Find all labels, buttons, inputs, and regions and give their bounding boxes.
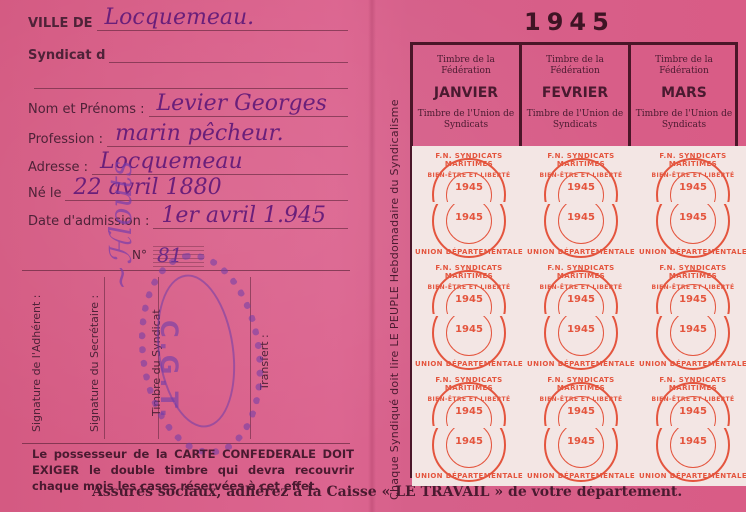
dues-stamp-bottom: 1945UNION DÉPARTEMENTALE (414, 316, 524, 372)
field-profession: Profession : marin pêcheur. (28, 128, 348, 147)
dues-stamp-top: 1945BIEN-ÊTRE ET LIBERTÉF.N. SYNDICATS M… (414, 372, 524, 428)
stamp-union-text: UNION DÉPARTEMENTALE (414, 472, 524, 480)
admission-value: 1er avril 1.945 (161, 204, 326, 228)
stamp-year: 1945 (638, 294, 746, 305)
stamp-motto: BIEN-ÊTRE ET LIBERTÉ (414, 284, 524, 291)
dues-stamp-top: 1945BIEN-ÊTRE ET LIBERTÉF.N. SYNDICATS M… (414, 260, 524, 316)
ville-label: VILLE DE (28, 16, 93, 31)
ville-value: Locquemeau. (105, 6, 255, 30)
stamp-union-text: UNION DÉPARTEMENTALE (526, 248, 636, 256)
month-mars: Timbre de la Fédération MARS Timbre de l… (631, 45, 737, 153)
field-adresse: Adresse : Locquemeau (28, 156, 348, 175)
secretary-signature: ~ℋlouts (104, 161, 139, 290)
stamp-motto: BIEN-ÊTRE ET LIBERTÉ (414, 172, 524, 179)
dues-stamp-top: 1945BIEN-ÊTRE ET LIBERTÉF.N. SYNDICATS M… (526, 148, 636, 204)
syndicat-label: Syndicat d (28, 48, 105, 63)
dues-stamp-bottom: 1945UNION DÉPARTEMENTALE (638, 428, 746, 484)
stamp-year: 1945 (526, 294, 636, 305)
stamp-union-text: UNION DÉPARTEMENTALE (638, 248, 746, 256)
stamp-federation-text: F.N. SYNDICATS MARITIMES (638, 264, 746, 280)
stamp-union-text: UNION DÉPARTEMENTALE (526, 360, 636, 368)
stamp-year: 1945 (638, 212, 746, 223)
profession-value: marin pêcheur. (115, 122, 284, 146)
stamp-year: 1945 (414, 182, 524, 193)
dues-stamp-top: 1945BIEN-ÊTRE ET LIBERTÉF.N. SYNDICATS M… (414, 148, 524, 204)
stamp-motto: BIEN-ÊTRE ET LIBERTÉ (526, 396, 636, 403)
stamp-year: 1945 (414, 324, 524, 335)
dues-stamp-bottom: 1945UNION DÉPARTEMENTALE (414, 428, 524, 484)
field-ville: VILLE DE Locquemeau. (28, 12, 348, 31)
stamp-year: 1945 (638, 182, 746, 193)
profession-label: Profession : (28, 132, 103, 147)
field-syndicat: Syndicat d (28, 44, 348, 63)
stamp-year: 1945 (638, 324, 746, 335)
stamp-year: 1945 (638, 436, 746, 447)
dues-stamp-top: 1945BIEN-ÊTRE ET LIBERTÉF.N. SYNDICATS M… (638, 260, 746, 316)
stamp-year: 1945 (526, 182, 636, 193)
signature-secretaire-label: Signature du Secrétaire : (88, 295, 101, 432)
stamp-year: 1945 (414, 294, 524, 305)
stamp-motto: BIEN-ÊTRE ET LIBERTÉ (638, 284, 746, 291)
dues-stamp-top: 1945BIEN-ÊTRE ET LIBERTÉF.N. SYNDICATS M… (526, 260, 636, 316)
stamp-year: 1945 (526, 324, 636, 335)
dues-stamp-top: 1945BIEN-ÊTRE ET LIBERTÉF.N. SYNDICATS M… (638, 148, 746, 204)
stamp-year: 1945 (526, 212, 636, 223)
stamp-union-text: UNION DÉPARTEMENTALE (414, 360, 524, 368)
month-janvier: Timbre de la Fédération JANVIER Timbre d… (413, 45, 519, 153)
dues-stamp-top: 1945BIEN-ÊTRE ET LIBERTÉF.N. SYNDICATS M… (638, 372, 746, 428)
stamp-year: 1945 (414, 436, 524, 447)
stamp-motto: BIEN-ÊTRE ET LIBERTÉ (638, 172, 746, 179)
stamp-federation-text: F.N. SYNDICATS MARITIMES (414, 152, 524, 168)
stamp-federation-text: F.N. SYNDICATS MARITIMES (414, 264, 524, 280)
month-fevrier: Timbre de la Fédération FEVRIER Timbre d… (522, 45, 628, 153)
stamp-union-text: UNION DÉPARTEMENTALE (638, 472, 746, 480)
dues-stamp-bottom: 1945UNION DÉPARTEMENTALE (638, 316, 746, 372)
stamp-motto: BIEN-ÊTRE ET LIBERTÉ (414, 396, 524, 403)
dues-stamp-bottom: 1945UNION DÉPARTEMENTALE (526, 204, 636, 260)
card-fold (368, 0, 376, 512)
stamp-federation-text: F.N. SYNDICATS MARITIMES (638, 152, 746, 168)
dues-stamp-top: 1945BIEN-ÊTRE ET LIBERTÉF.N. SYNDICATS M… (526, 372, 636, 428)
dues-stamp-bottom: 1945UNION DÉPARTEMENTALE (414, 204, 524, 260)
stamp-year: 1945 (526, 436, 636, 447)
stamp-motto: BIEN-ÊTRE ET LIBERTÉ (638, 396, 746, 403)
ne-label: Né le (28, 186, 61, 201)
stamp-union-text: UNION DÉPARTEMENTALE (414, 248, 524, 256)
side-text: Chaque Syndiqué doit lire LE PEUPLE Hebd… (388, 99, 401, 500)
dues-stamp-bottom: 1945UNION DÉPARTEMENTALE (638, 204, 746, 260)
field-syndicat-cont (28, 70, 348, 89)
stamp-union-text: UNION DÉPARTEMENTALE (638, 360, 746, 368)
adresse-label: Adresse : (28, 160, 88, 175)
stamp-year: 1945 (638, 406, 746, 417)
dues-stamp-bottom: 1945UNION DÉPARTEMENTALE (526, 428, 636, 484)
stamp-union-text: UNION DÉPARTEMENTALE (526, 472, 636, 480)
stamp-federation-text: F.N. SYNDICATS MARITIMES (526, 152, 636, 168)
stamp-motto: BIEN-ÊTRE ET LIBERTÉ (526, 284, 636, 291)
stamp-federation-text: F.N. SYNDICATS MARITIMES (414, 376, 524, 392)
stamp-federation-text: F.N. SYNDICATS MARITIMES (638, 376, 746, 392)
stamp-federation-text: F.N. SYNDICATS MARITIMES (526, 376, 636, 392)
ne-value: 22 avril 1880 (73, 176, 221, 200)
stamp-year: 1945 (414, 406, 524, 417)
field-nom: Nom et Prénoms : Levier Georges (28, 98, 348, 117)
stamp-federation-text: F.N. SYNDICATS MARITIMES (526, 264, 636, 280)
dues-stamp-bottom: 1945UNION DÉPARTEMENTALE (526, 316, 636, 372)
nom-label: Nom et Prénoms : (28, 102, 145, 117)
stamp-year: 1945 (526, 406, 636, 417)
signature-adherent-label: Signature de l'Adhérent : (30, 295, 43, 432)
stamp-year: 1945 (414, 212, 524, 223)
stamp-sheet: 1945BIEN-ÊTRE ET LIBERTÉF.N. SYNDICATS M… (414, 148, 746, 482)
field-admission: Date d'admission : 1er avril 1.945 (28, 210, 348, 229)
nom-value: Levier Georges (157, 92, 327, 116)
cgt-stamp-text: C.G.T. (155, 320, 183, 421)
stamp-motto: BIEN-ÊTRE ET LIBERTÉ (526, 172, 636, 179)
year-title: 1945 (524, 8, 615, 36)
field-ne-le: Né le 22 avril 1880 (28, 182, 348, 201)
